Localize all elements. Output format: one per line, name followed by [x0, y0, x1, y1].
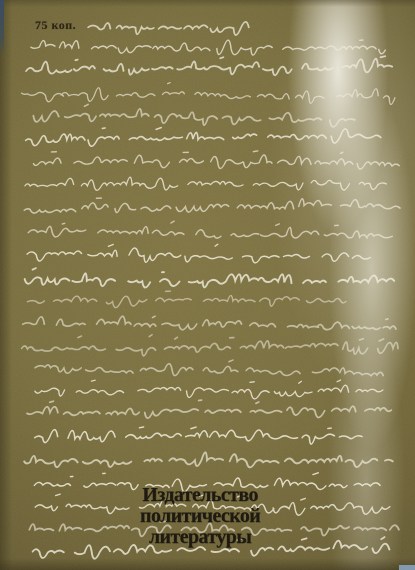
- price-label: 75 коп.: [35, 18, 76, 33]
- publisher-line-1: Издательство: [130, 485, 270, 506]
- book-back-cover: 75 коп. Издательство политической литера…: [0, 0, 415, 570]
- publisher-line-3: литературы: [130, 527, 270, 548]
- publisher-imprint: Издательство политической литературы: [130, 485, 270, 548]
- publisher-line-2: политической: [130, 506, 270, 527]
